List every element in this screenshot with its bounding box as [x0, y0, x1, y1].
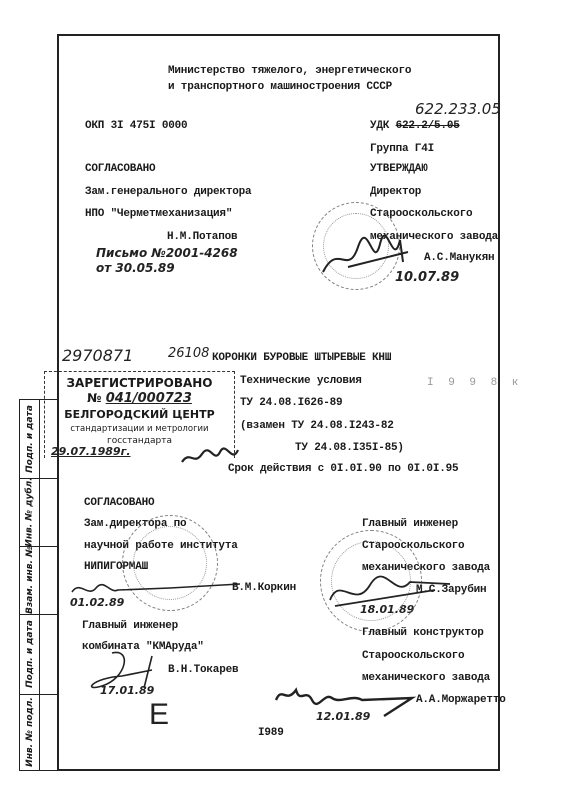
- udk-label: УДК: [370, 120, 389, 132]
- product-title: КОРОНКИ БУРОВЫЕ ШТЫРЕВЫЕ КНШ: [212, 352, 391, 365]
- side-value-2: [39, 478, 58, 547]
- registration-stamp: ЗАРЕГИСТРИРОВАНО № 041/000723 БЕЛГОРОДСК…: [44, 371, 235, 458]
- ministry-line-1: Министерство тяжелого, энергетического: [168, 65, 411, 78]
- reg-number-prefix: №: [87, 391, 101, 405]
- approved-name: А.С.Манукян: [424, 252, 494, 265]
- side-value-3: [39, 546, 58, 615]
- validity-period: Срок действия с 0I.0I.90 по 0I.0I.95: [228, 463, 458, 476]
- side-cell-orig-inv: Инв. № подл.: [20, 694, 39, 769]
- reg-stamp-line-1: ЗАРЕГИСТРИРОВАНО: [45, 376, 234, 390]
- reg-stamp-line-4: стандартизации и метрологии: [45, 424, 234, 434]
- side-cell-dup-inv: Инв. № дубл.: [20, 478, 39, 547]
- side-value-4: [39, 614, 58, 695]
- reg-number-handwritten: 2970871: [62, 346, 133, 365]
- side-value-5: [39, 694, 58, 769]
- ministry-line-2: и транспортного машиностроения СССР: [168, 81, 392, 94]
- chief-designer-name: А.А.Моржаретто: [416, 694, 506, 707]
- reg-stamp-line-3: БЕЛГОРОДСКИЙ ЦЕНТР: [45, 408, 234, 421]
- okp-code: ОКП 3I 475I 0000: [85, 120, 187, 133]
- side-cell-replace-inv: Взам. инв. №: [20, 546, 39, 615]
- tu-number: ТУ 24.08.I626-89: [240, 397, 342, 410]
- chief-engineer-kombinat-signature: [82, 648, 182, 693]
- reg-stamp-signature: [180, 446, 240, 468]
- side-stamp-label-col: Подп. и дата Инв. № дубл. Взам. инв. № П…: [20, 400, 40, 770]
- faint-stamp-text: I 9 9 8 к: [427, 377, 522, 390]
- approved-position: Директор: [370, 186, 421, 199]
- agreed-bottom-title: СОГЛАСОВАНО: [84, 497, 154, 510]
- agreed-bottom-signature: [70, 578, 250, 600]
- chief-engineer-plant-signature: [325, 570, 455, 610]
- chief-designer-position: Главный конструктор: [362, 627, 484, 640]
- approved-signature: [318, 232, 418, 282]
- replaces-line-1: (взамен ТУ 24.08.I243-82: [240, 420, 394, 433]
- agreed-top-position: Зам.генерального директора: [85, 186, 251, 199]
- side-stamp-table: Подп. и дата Инв. № дубл. Взам. инв. № П…: [19, 399, 58, 771]
- chief-engineer-kombinat-position: Главный инженер: [82, 620, 178, 633]
- side-cell-sign-date-1: Подп. и дата: [20, 400, 39, 479]
- reg-number-value: 041/000723: [106, 391, 192, 406]
- doc-type: Технические условия: [240, 375, 362, 388]
- agreed-top-letter-date: от 30.05.89: [96, 261, 175, 275]
- chief-designer-signature: [272, 682, 422, 722]
- agreed-top-letter: Письмо №2001-4268: [96, 246, 238, 260]
- side-value-1: [39, 400, 58, 479]
- doc-year: I989: [258, 727, 284, 740]
- doc-letter-code: Е: [149, 698, 169, 732]
- code-handwritten: 26108: [168, 346, 209, 361]
- udk-handwritten: 622.233.05: [415, 100, 501, 118]
- udk-old-value: 622.2/5.05: [396, 120, 460, 132]
- agreed-top-org: НПО "Черметмеханизация": [85, 208, 232, 221]
- udk-code: УДК 622.2/5.05: [370, 120, 460, 133]
- side-cell-sign-date-2: Подп. и дата: [20, 614, 39, 695]
- approved-title: УТВЕРЖДАЮ: [370, 163, 428, 176]
- chief-engineer-plant-position: Главный инженер: [362, 518, 458, 531]
- reg-stamp-date: 29.07.1989г.: [51, 445, 131, 458]
- agreed-top-title: СОГЛАСОВАНО: [85, 163, 155, 176]
- side-stamp-value-col: [39, 400, 58, 770]
- reg-stamp-number: № 041/000723: [45, 391, 234, 406]
- replaces-line-2: ТУ 24.08.I35I-85): [295, 442, 404, 455]
- chief-designer-org-1: Старооскольского: [362, 650, 464, 663]
- group-code: Группа Г4I: [370, 143, 434, 156]
- agreed-top-name: Н.М.Потапов: [167, 231, 237, 244]
